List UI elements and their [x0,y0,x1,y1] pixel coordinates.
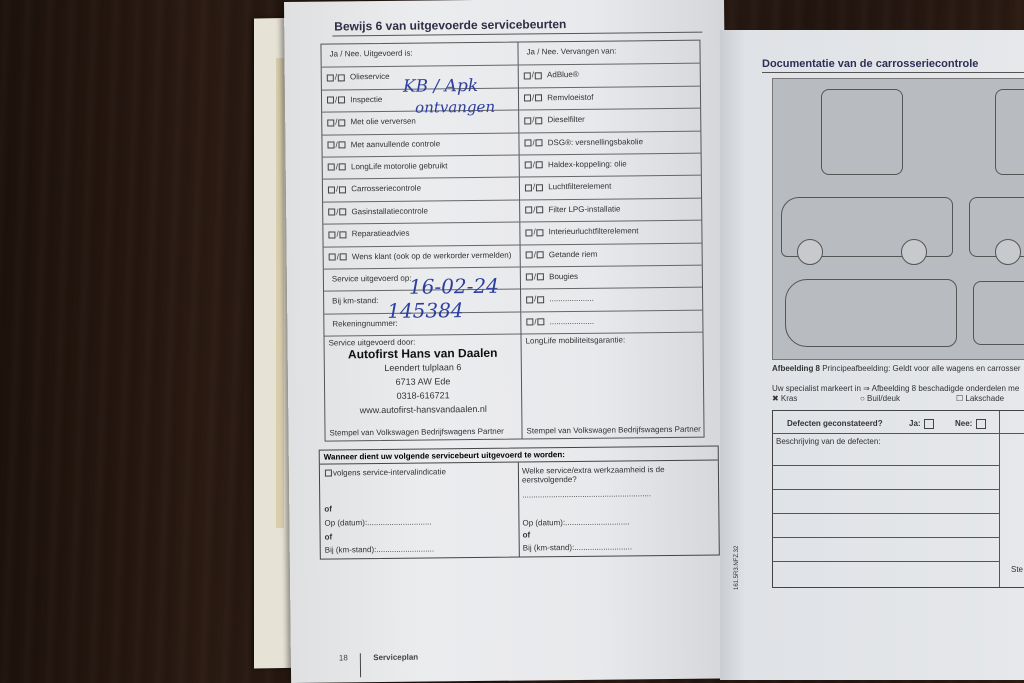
nee-checkbox[interactable] [339,209,346,216]
item-label: Met aanvullende controle [351,139,440,149]
nee-checkbox[interactable] [340,231,347,238]
nee-checkbox[interactable] [537,296,544,303]
nee-checkbox[interactable] [338,119,345,126]
next-service-question: Welke service/extra werkzaamheid is de e… [522,465,712,485]
nee-checkbox[interactable] [535,72,542,79]
nee-checkbox[interactable] [536,206,543,213]
ja-checkbox[interactable] [327,119,334,126]
nee-label: Nee: [955,419,972,428]
nee-checkbox[interactable] [338,74,345,81]
item-label: Remvloeistof [547,93,593,102]
item-label: LongLife motorolie gebruikt [351,161,448,171]
checklist-item: /Luchtfilterelement [520,175,701,199]
dealer-address: Leendert tulplaan 66713 AW Ede0318-61672… [329,360,518,418]
ja-checkbox[interactable] [525,162,532,169]
nee-checkbox[interactable] [339,164,346,171]
item-label: Carrosseriecontrole [351,184,421,194]
van-top-view [785,279,957,347]
dotted-line: ........................................… [522,489,651,499]
ja-checkbox[interactable] [526,274,533,281]
page-title: Bewijs 6 van uitgevoerde servicebeurten [334,17,566,33]
item-label: Ja / Nee. Vervangen van: [526,47,616,57]
nee-checkbox[interactable] [535,117,542,124]
ja-checkbox[interactable] [924,419,934,429]
ja-checkbox[interactable] [525,184,532,191]
page-footer: 18 Serviceplan [339,653,419,678]
checklist-item: /AdBlue® [519,63,700,87]
handwritten-km: 145384 [387,298,464,323]
item-label: Inspectie [350,95,382,104]
ja-checkbox[interactable] [327,97,334,104]
ja-checkbox[interactable] [327,141,334,148]
item-label: Wens klant (ook op de werkorder vermelde… [352,250,512,261]
nee-checkbox[interactable] [536,139,543,146]
handwritten-inspectie-note: ontvangen [415,98,495,117]
vehicle-body-diagram [772,78,1024,360]
next-service-box: Wanneer dient uw volgende servicebeurt u… [319,445,720,559]
performed-by-block: Service uitgevoerd door:Autofirst Hans v… [324,334,521,441]
ja-checkbox[interactable] [327,74,334,81]
nee-checkbox[interactable] [339,141,346,148]
item-label: Ja / Nee. Uitgevoerd is: [330,49,413,59]
van-underside-view [973,281,1024,345]
nee-checkbox[interactable] [339,186,346,193]
instruction-text: Uw specialist markeert in ⇒ Afbeelding 8… [772,384,1019,393]
of-label: of [324,505,332,514]
ja-checkbox[interactable] [525,207,532,214]
legend-kras: ✖ Kras [772,394,797,403]
item-label: Haldex-koppeling: olie [548,159,627,169]
checklist-item: /Met aanvullende controle [322,132,518,156]
ja-checkbox[interactable] [329,253,336,260]
longlife-label: LongLife mobiliteitsgarantie: [526,335,699,346]
service-booklet-left-page: Bewijs 6 van uitgevoerde servicebeurten … [284,0,731,683]
page-number: 18 [339,653,348,662]
figure-label: Afbeelding 8 [772,364,820,373]
service-checklist-table: Ja / Nee. Uitgevoerd is:/Olieservice/Ins… [320,40,704,442]
checklist-item: /Reparatieadvies [323,222,519,246]
item-label: Filter LPG-installatie [548,204,620,214]
document-code: 161.5R3.NFZ.32 [734,546,740,590]
nee-checkbox[interactable] [537,274,544,281]
next-km-label: Bij (km-stand):.........................… [523,542,632,552]
ja-checkbox[interactable] [328,231,335,238]
next-date-label: Op (datum):............................. [324,517,431,527]
checklist-item: /Gasinstallatiecontrole [323,199,519,223]
nee-checkbox[interactable] [340,253,347,260]
nee-checkbox[interactable] [538,318,545,325]
defects-form: Defecten geconstateerd? Ja: Nee: Beschri… [772,410,1024,588]
item-label: Bij km-stand: [332,296,378,305]
nee-checkbox[interactable] [535,94,542,101]
longlife-block: LongLife mobiliteitsgarantie:Stempel van… [521,332,703,439]
checklist-item: /Carrosseriecontrole [323,177,519,201]
ja-checkbox[interactable] [524,95,531,102]
column-header: Ja / Nee. Uitgevoerd is: [321,43,517,67]
stamp-label: Stempel van Volkswagen Bedrijfswagens Pa… [329,427,503,438]
item-label: Interieurluchtfilterelement [549,226,639,236]
item-label: Bougies [549,272,578,281]
interval-option: volgens service-intervalindicatie [333,467,446,477]
checklist-item: /DSG®: versnellingsbakolie [519,130,700,154]
defects-question: Defecten geconstateerd? [787,419,883,428]
item-label: Service uitgevoerd op: [332,274,412,284]
checklist-item: /Remvloeistof [519,85,700,109]
item-label: AdBlue® [547,70,579,79]
item-label: Luchtfilterelement [548,182,611,192]
checklist-item: /Filter LPG-installatie [520,197,701,221]
nee-checkbox[interactable] [537,251,544,258]
stamp-label-partial: Ste [1011,565,1023,574]
item-label: .................... [550,317,595,326]
nee-checkbox[interactable] [536,162,543,169]
ja-checkbox[interactable] [524,72,531,79]
checklist-item: /Getande riem [521,242,702,266]
checklist-item: /Haldex-koppeling: olie [520,153,701,177]
ja-checkbox[interactable] [526,251,533,258]
checklist-item: /Dieselfilter [519,108,700,132]
item-label: DSG®: versnellingsbakolie [548,137,643,147]
item-label: Dieselfilter [547,115,584,124]
checklist-item: /Bougies [521,265,702,289]
item-label: Met olie verversen [350,117,415,127]
nee-checkbox[interactable] [976,419,986,429]
item-label: Reparatieadvies [352,229,410,239]
ja-checkbox[interactable] [524,117,531,124]
ja-checkbox[interactable] [524,139,531,146]
dealer-name: Autofirst Hans van Daalen [329,346,517,362]
ja-checkbox[interactable] [328,186,335,193]
ja-checkbox[interactable] [526,296,533,303]
nee-checkbox[interactable] [536,184,543,191]
checklist-item: /Wens klant (ook op de werkorder vermeld… [324,244,520,268]
figure-caption: Principeafbeelding: Geldt voor alle wage… [822,364,1020,373]
legend-lakschade: ☐ Lakschade [956,394,1004,403]
item-label: Gasinstallatiecontrole [351,206,428,216]
ja-checkbox[interactable] [328,164,335,171]
nee-checkbox[interactable] [537,229,544,236]
nee-checkbox[interactable] [338,97,345,104]
of-label: of [325,533,333,542]
of-label: of [523,530,531,539]
checklist-item: /.................... [521,287,702,311]
checklist-item: /Interieurluchtfilterelement [520,220,701,244]
ja-checkbox[interactable] [526,319,533,326]
column-header: Ja / Nee. Vervangen van: [518,41,699,65]
section-name: Serviceplan [373,653,418,662]
next-km-label: Bij (km-stand):.........................… [325,544,434,554]
page-title: Documentatie van de carrosseriecontrole [762,58,978,70]
stamp-label: Stempel van Volkswagen Bedrijfswagens Pa… [526,425,700,436]
item-label: Getande riem [549,249,598,259]
ja-label: Ja: [909,419,921,428]
service-booklet-right-page: Documentatie van de carrosseriecontrole … [720,30,1024,680]
legend-buil: ○ Buil/deuk [860,394,900,403]
checklist-item: /LongLife motorolie gebruikt [323,155,519,179]
ja-checkbox[interactable] [328,209,335,216]
item-label: .................... [549,294,594,303]
next-date-label: Op (datum):............................. [522,517,629,527]
ja-checkbox[interactable] [525,229,532,236]
van-front-view [821,89,903,175]
van-rear-view [995,89,1024,175]
handwritten-service-date: 16-02-24 [409,274,499,299]
description-label: Beschrijving van de defecten: [776,437,881,446]
checklist-item: /.................... [521,309,702,333]
item-label: Olieservice [350,72,390,81]
handwritten-olieservice-note: KB / Apk [403,76,478,97]
